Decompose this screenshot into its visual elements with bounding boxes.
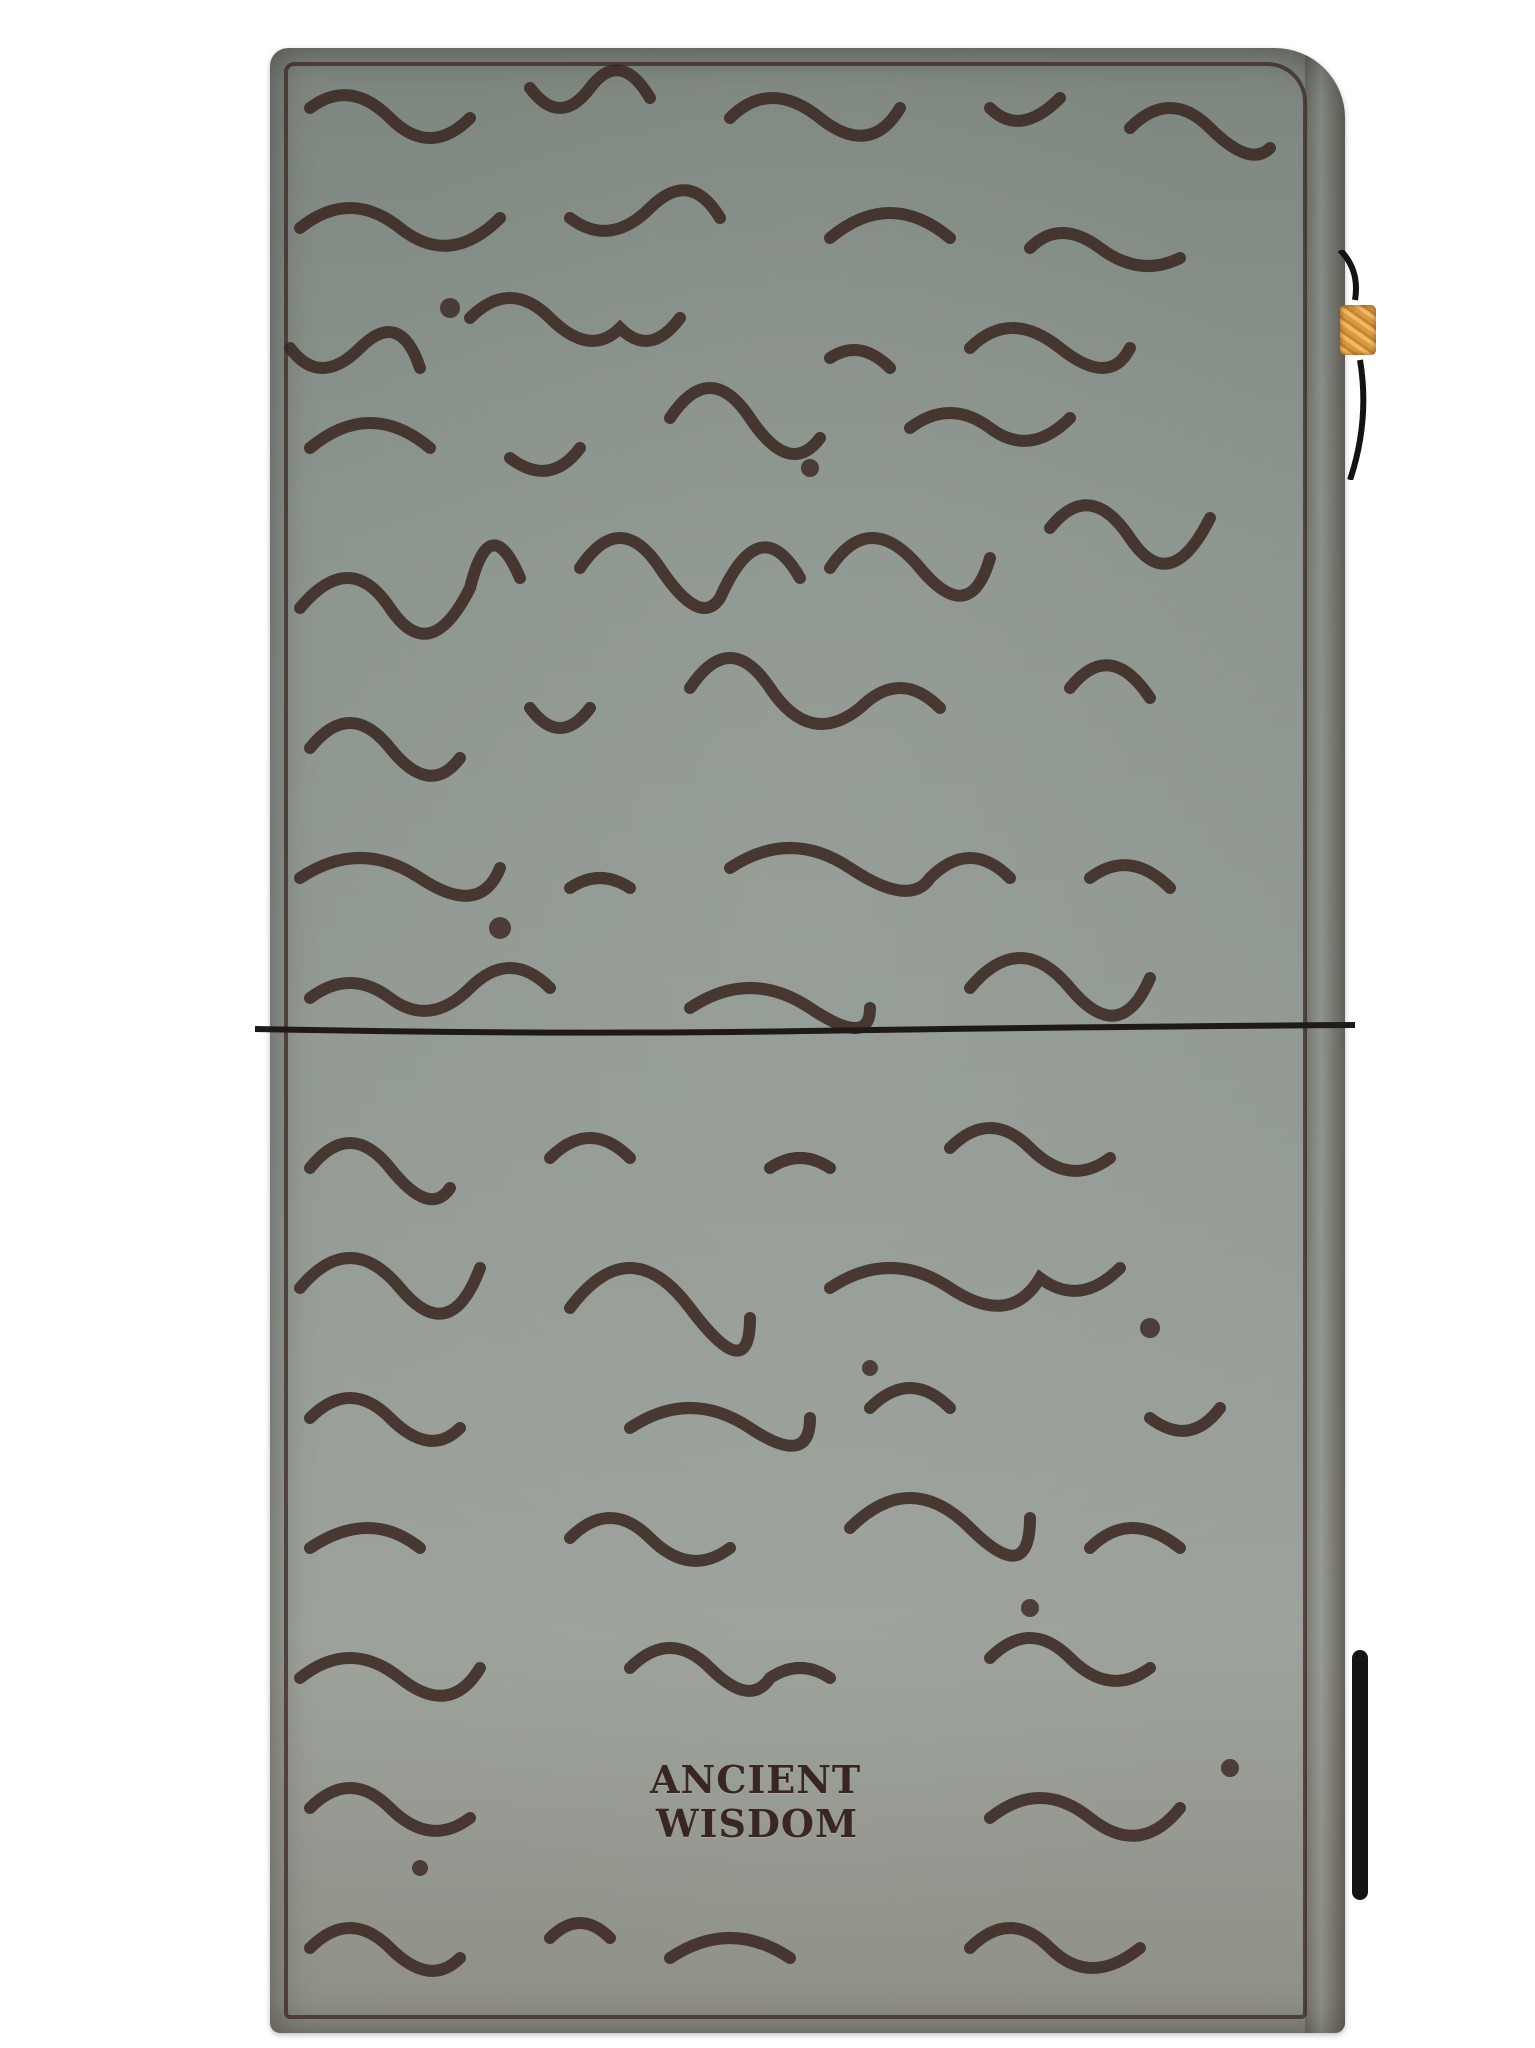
bead-cord [1330, 250, 1390, 480]
brand-logo: ANCIENT WISDOM [650, 1758, 930, 1846]
embossed-script-pattern [270, 48, 1345, 2033]
wooden-bead [1340, 305, 1376, 355]
journal-cover: ANCIENT WISDOM [270, 48, 1345, 2033]
logo-line-1: ANCIENT [650, 1758, 930, 1802]
elastic-band[interactable] [255, 1020, 1355, 1032]
pen-loop [1352, 1650, 1368, 1900]
logo-line-2: WISDOM [650, 1802, 930, 1846]
